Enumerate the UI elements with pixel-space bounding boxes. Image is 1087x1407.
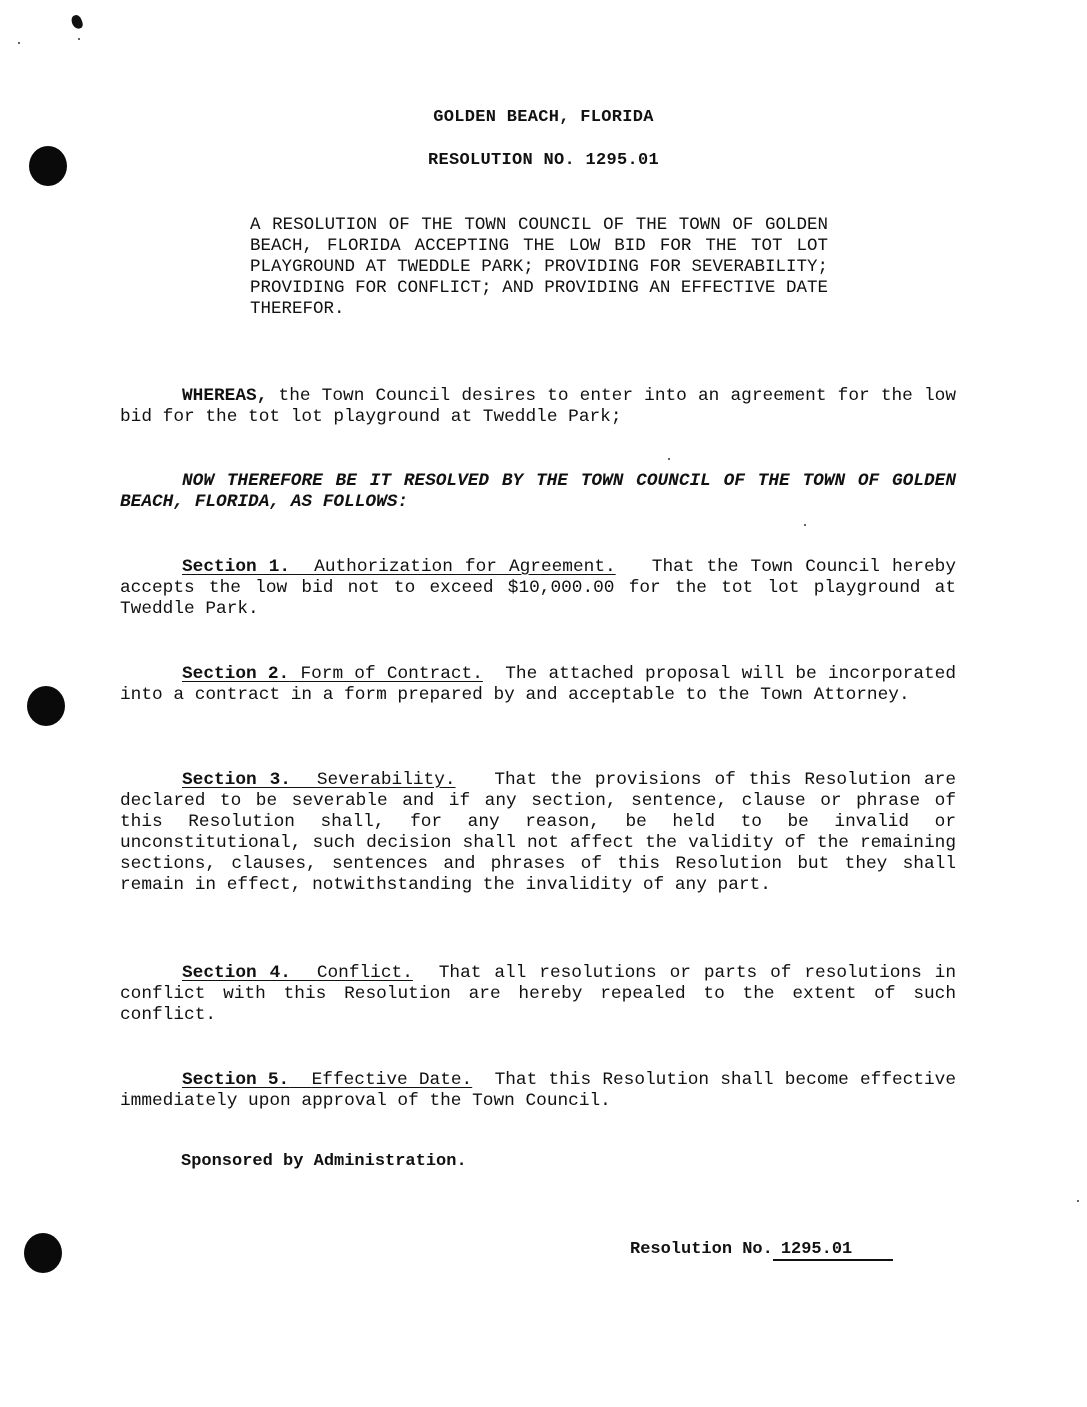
section-3-heading: Severability. [317,770,456,790]
section-2-label: Section 2. [182,664,289,684]
resolution-number-title: RESOLUTION NO. 1295.01 [0,151,1087,170]
section-1-label: Section 1. [182,557,290,577]
section-4-label: Section 4. [182,963,291,983]
resolution-abstract: A RESOLUTION OF THE TOWN COUNCIL OF THE … [250,215,828,320]
section-4: Section 4. Conflict. That all resolution… [120,963,956,1026]
footer-label: Resolution No. [630,1240,773,1259]
scan-speck [18,42,20,44]
scan-speck [78,38,80,40]
section-5-heading: Effective Date. [312,1070,473,1090]
whereas-lead: WHEREAS, [182,386,267,406]
document-page: GOLDEN BEACH, FLORIDA RESOLUTION NO. 129… [0,0,1087,1407]
section-5: Section 5. Effective Date. That this Res… [120,1070,956,1112]
footer-number: 1295.01 [773,1240,893,1261]
scan-smudge-icon [70,14,84,31]
whereas-clause: WHEREAS, the Town Council desires to ent… [120,386,956,428]
footer-resolution-number: Resolution No.1295.01 [630,1240,893,1261]
scan-speck [804,524,806,526]
resolved-text: NOW THEREFORE BE IT RESOLVED BY THE TOWN… [120,471,956,512]
municipality-title: GOLDEN BEACH, FLORIDA [0,108,1087,127]
section-2-heading: Form of Contract. [300,664,482,684]
section-4-heading: Conflict. [317,963,413,983]
section-3: Section 3. Severability. That the provis… [120,770,956,896]
section-5-label: Section 5. [182,1070,289,1090]
sponsor-line: Sponsored by Administration. [181,1152,467,1171]
punch-hole-bottom [24,1233,62,1273]
scan-speck [668,458,670,460]
resolved-clause: NOW THEREFORE BE IT RESOLVED BY THE TOWN… [120,471,956,513]
scan-speck [1077,1200,1079,1202]
section-1-heading: Authorization for Agreement. [314,557,616,577]
section-1: Section 1. Authorization for Agreement. … [120,557,956,620]
section-3-label: Section 3. [182,770,291,790]
section-2: Section 2. Form of Contract. The attache… [120,664,956,706]
punch-hole-middle [27,686,65,726]
